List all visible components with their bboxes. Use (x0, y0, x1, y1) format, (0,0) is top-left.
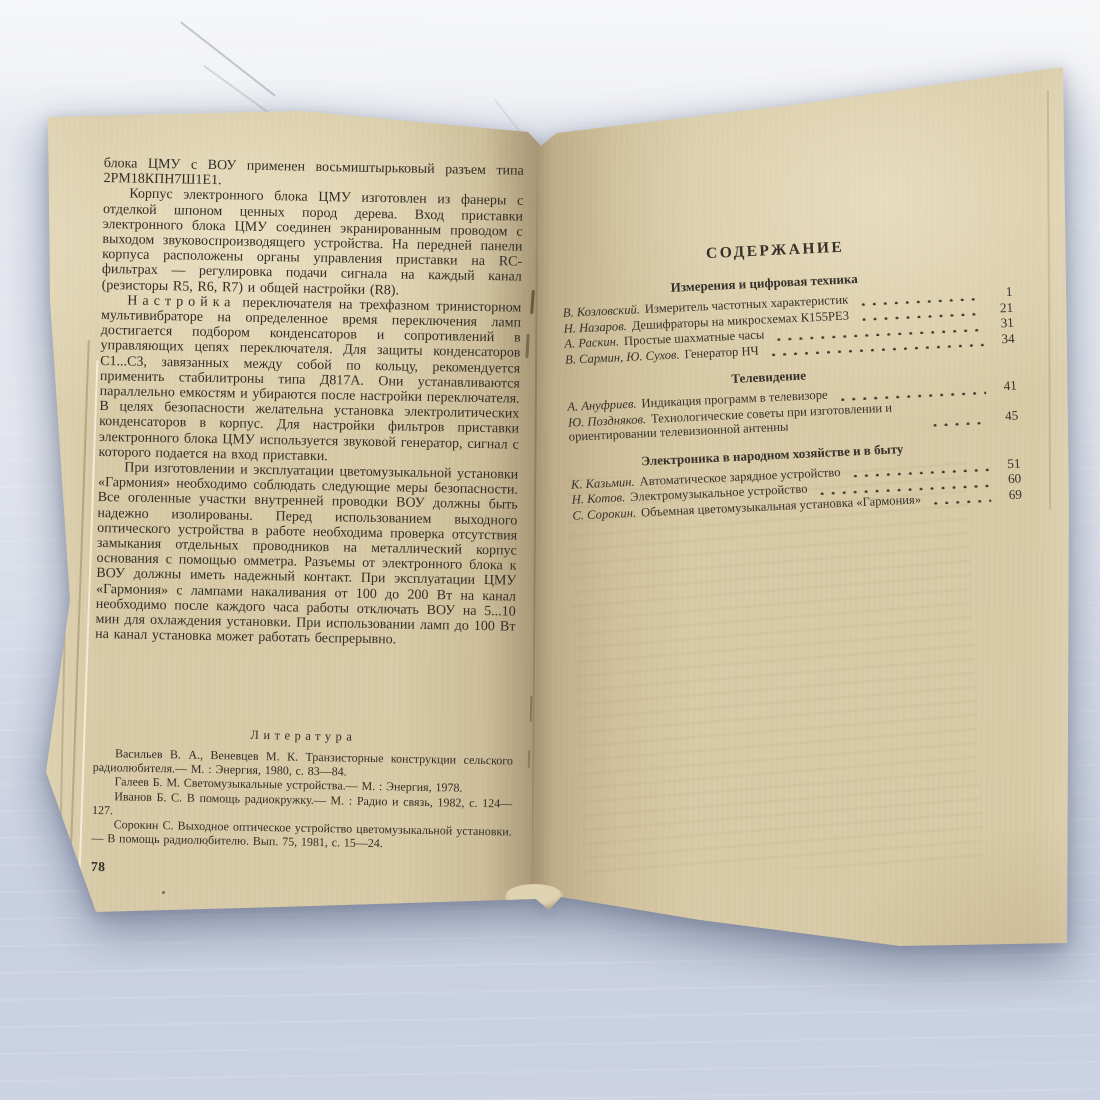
toc-page-number: 34 (987, 331, 1015, 347)
body-paragraph: При изготовлении и эксплуатации цветомуз… (95, 460, 518, 650)
toc-entry-author: Н. Котов. (571, 490, 625, 507)
toc-entry-author: Н. Назаров. (563, 318, 627, 335)
toc-entry-author: К. Казьмин. (571, 474, 635, 491)
staple-slit (528, 750, 531, 768)
toc-entry-title: Генератор НЧ (684, 343, 759, 360)
body-paragraph: Настройка переключателя на трехфазном тр… (98, 293, 521, 468)
toc-title: СОДЕРЖАНИЕ (560, 232, 990, 270)
references-block: Васильев В. А., Веневцев М. К. Транзисто… (91, 746, 513, 853)
book-shadow: блока ЦМУ с ВОУ применен восьмиштырьковы… (0, 0, 1100, 1100)
body-paragraph: Корпус электронного блока ЦМУ изготовлен… (101, 186, 523, 300)
toc-page-number: 51 (993, 456, 1021, 472)
page-number: 78 (91, 859, 511, 883)
toc-entry-author: В. Козловский. (563, 302, 641, 320)
toc-page-number: 60 (994, 472, 1022, 488)
text-show-through (566, 461, 983, 878)
gutter-crease (531, 150, 538, 898)
dot-leader (927, 412, 987, 427)
staple-slit (525, 334, 529, 358)
toc-page-number: 69 (995, 487, 1023, 503)
toc-entry-author: А. Раскин. (564, 334, 619, 351)
toc-page-number: 1 (985, 285, 1013, 301)
literature-heading: Литература (93, 725, 513, 748)
spaced-lead-word: Настройка (127, 293, 235, 310)
toc-page-number: 31 (987, 316, 1015, 332)
toc-entry-author: А. Ануфриев. (567, 397, 637, 414)
body-text-block: блока ЦМУ с ВОУ применен восьмиштырьковы… (94, 156, 524, 720)
fore-edge-page-line (58, 620, 66, 900)
dust-speck (162, 891, 165, 894)
toc-page-number: 41 (990, 379, 1018, 395)
under-page-edge (1047, 90, 1051, 510)
right-page-content: СОДЕРЖАНИЕ Измерения и цифровая техника … (560, 231, 1022, 524)
toc-page-number: 21 (986, 300, 1014, 316)
page-curl (504, 882, 564, 912)
toc-entry-author: С. Сорокин. (572, 505, 636, 522)
toc-page-number: 45 (991, 409, 1019, 425)
photo-background: { "photo": { "background_top_color": "#f… (0, 0, 1100, 1100)
paragraph-text: переключателя на трехфазном тринисторном… (98, 295, 521, 464)
left-page-content: блока ЦМУ с ВОУ применен восьмиштырьковы… (91, 156, 524, 883)
open-book: блока ЦМУ с ВОУ применен восьмиштырьковы… (0, 0, 1100, 1100)
staple-slit (530, 290, 535, 314)
dot-leader (928, 490, 991, 505)
